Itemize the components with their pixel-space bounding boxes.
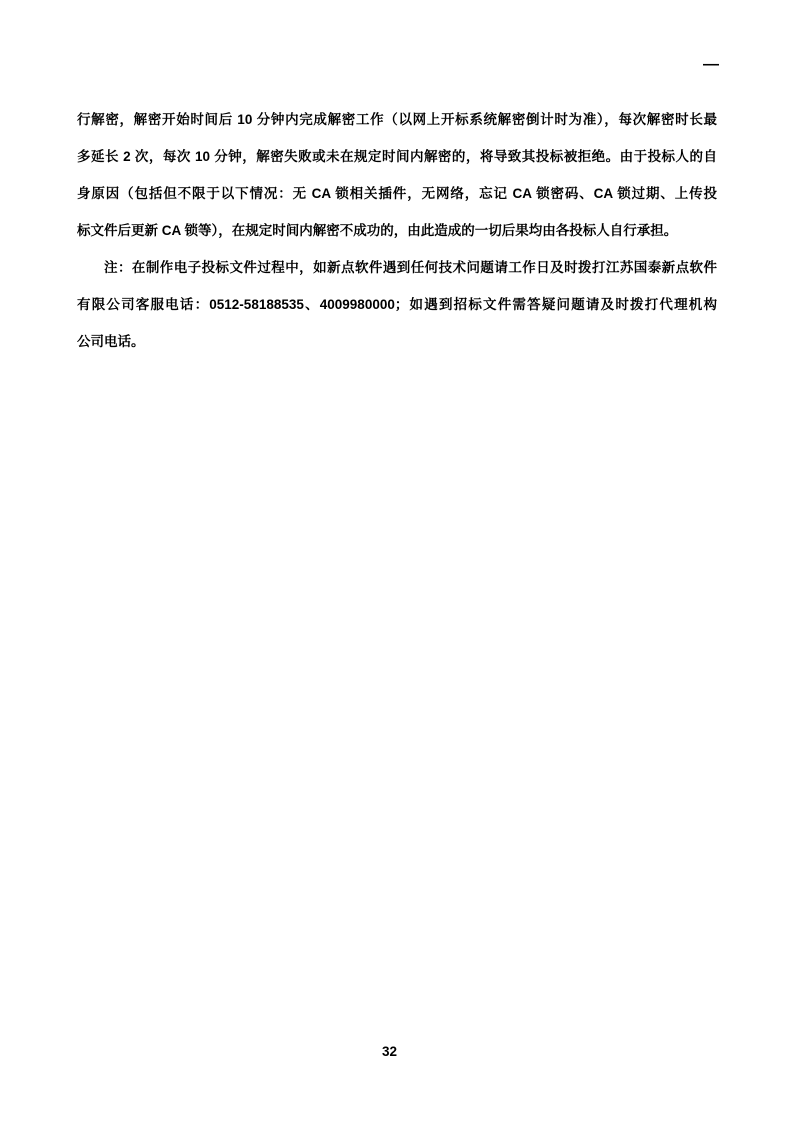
body-line-2: 多延长 2 次，每次 10 分钟，解密失败或未在规定时间内解密的，将导致其投标被… [77,138,717,175]
body-line-7: 公司电话。 [77,323,717,360]
body-line-3: 身原因（包括但不限于以下情况：无 CA 锁相关插件，无网络，忘记 CA 锁密码、… [77,175,717,212]
page-number: 32 [382,1044,397,1059]
body-line-1: 行解密，解密开始时间后 10 分钟内完成解密工作（以网上开标系统解密倒计时为准）… [77,101,717,138]
header-dash-mark: — [703,55,719,75]
body-line-4: 标文件后更新 CA 锁等），在规定时间内解密不成功的，由此造成的一切后果均由各投… [77,212,717,249]
document-page: — 行解密，解密开始时间后 10 分钟内完成解密工作（以网上开标系统解密倒计时为… [0,0,793,1121]
page-footer: 32 [0,1043,793,1061]
body-line-5-note: 注：在制作电子投标文件过程中，如新点软件遇到任何技术问题请工作日及时拨打江苏国泰… [77,249,717,286]
body-text-block: 行解密，解密开始时间后 10 分钟内完成解密工作（以网上开标系统解密倒计时为准）… [77,101,717,360]
body-line-6: 有限公司客服电话：0512-58188535、4009980000；如遇到招标文… [77,286,717,323]
